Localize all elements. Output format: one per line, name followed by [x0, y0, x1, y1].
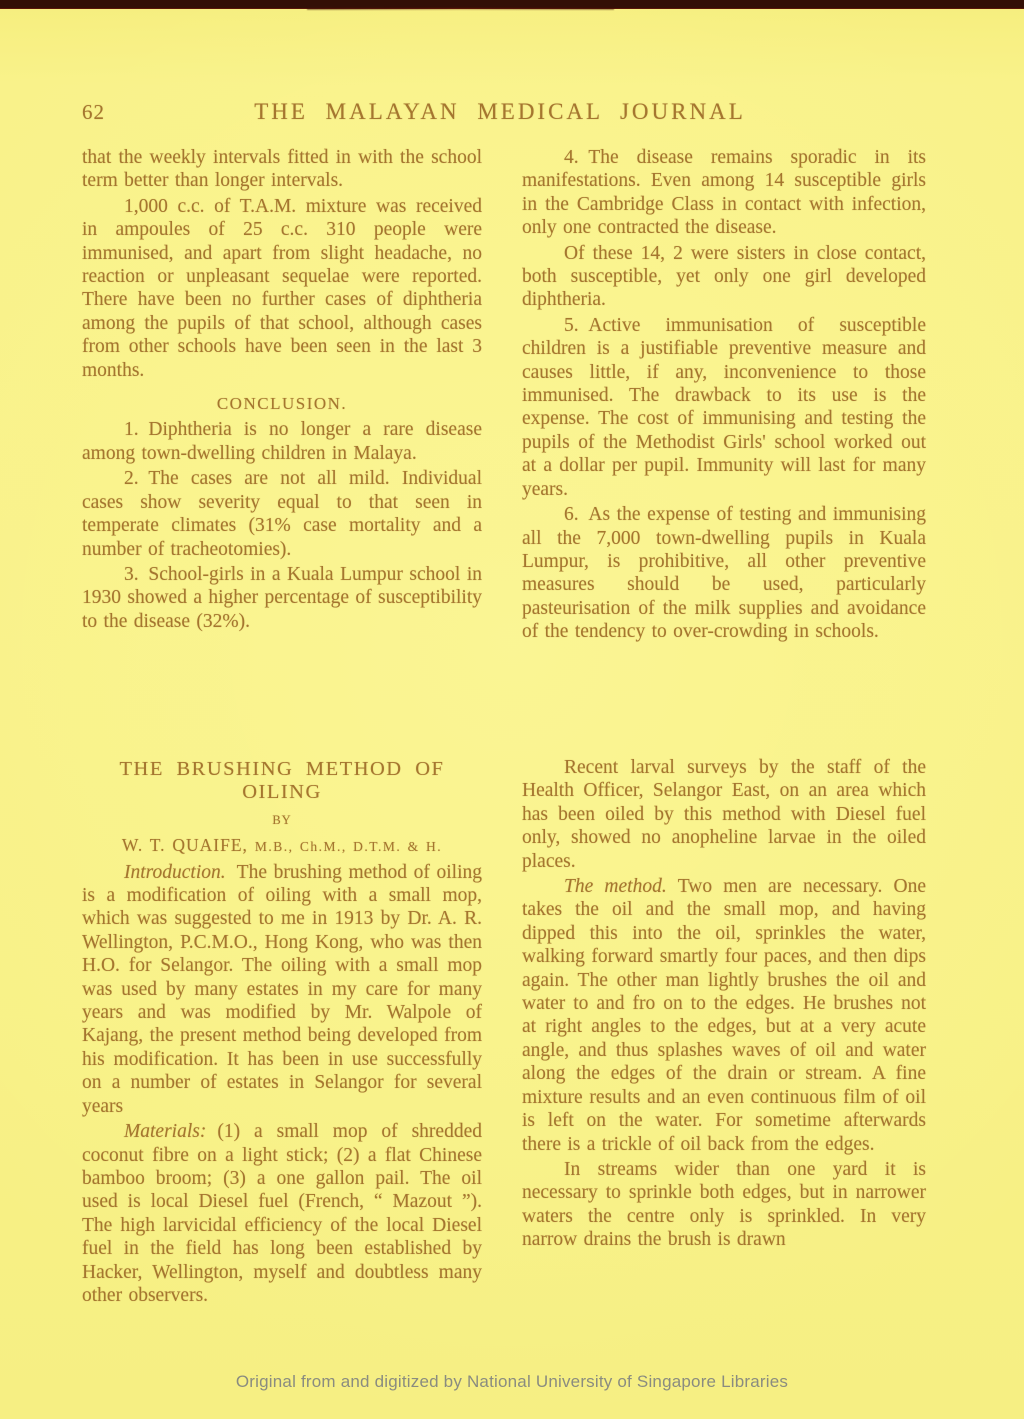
scan-top-border [0, 0, 1024, 9]
introduction-text: The brushing method of oiling is a modif… [82, 862, 482, 1117]
conclusion-item-3: 3. School-girls in a Kuala Lumpur school… [82, 563, 482, 633]
materials-lead: Materials: [124, 1121, 206, 1142]
article1-right-column: 4. The disease remains sporadic in its m… [522, 146, 926, 646]
introduction-lead: Introduction. [124, 862, 226, 883]
materials-text: (1) a small mop of shredded coconut fibr… [82, 1121, 482, 1306]
conclusion-item-2: 2. The cases are not all mild. Individua… [82, 467, 482, 561]
author-degrees: M.B., Ch.M., D.T.M. & H. [255, 839, 442, 854]
article2-left-column: THE BRUSHING METHOD OF OILING BY W. T. Q… [82, 756, 482, 1309]
digitization-credit: Original from and digitized by National … [0, 1372, 1024, 1392]
article2-right-column: Recent larval surveys by the staff of th… [522, 756, 926, 1254]
article2-author: W. T. QUAIFE, M.B., Ch.M., D.T.M. & H. [82, 834, 482, 858]
conclusion-item-1: 1. Diphtheria is no longer a rare diseas… [82, 418, 482, 465]
method-lead: The method. [564, 876, 667, 897]
paragraph: that the weekly intervals fitted in with… [82, 146, 482, 193]
introduction-paragraph: Introduction.The brushing method of oili… [82, 861, 482, 1118]
method-paragraph: The method.Two men are necessary. One ta… [522, 875, 926, 1156]
streams-paragraph: In streams wider than one yard it is nec… [522, 1158, 926, 1252]
conclusion-item-6: 6. As the expense of testing and immunis… [522, 503, 926, 643]
journal-title: THE MALAYAN MEDICAL JOURNAL [0, 99, 1000, 125]
conclusion-heading: CONCLUSION. [82, 392, 482, 415]
article2-byline: BY [82, 809, 482, 832]
paragraph: 1,000 c.c. of T.A.M. mixture was receive… [82, 195, 482, 382]
conclusion-item-5: 5. Active immunisation of susceptible ch… [522, 314, 926, 501]
materials-paragraph: Materials:(1) a small mop of shredded co… [82, 1120, 482, 1307]
article2-title: THE BRUSHING METHOD OF OILING [82, 758, 482, 805]
conclusion-item-4: 4. The disease remains sporadic in its m… [522, 146, 926, 240]
journal-page: 62 THE MALAYAN MEDICAL JOURNAL that the … [0, 0, 1024, 1419]
method-text: Two men are necessary. One takes the oil… [522, 876, 926, 1154]
article1-left-column: that the weekly intervals fitted in with… [82, 146, 482, 635]
paragraph: Of these 14, 2 were sisters in close con… [522, 242, 926, 312]
author-name: W. T. QUAIFE, [122, 835, 248, 855]
surveys-paragraph: Recent larval surveys by the staff of th… [522, 756, 926, 873]
